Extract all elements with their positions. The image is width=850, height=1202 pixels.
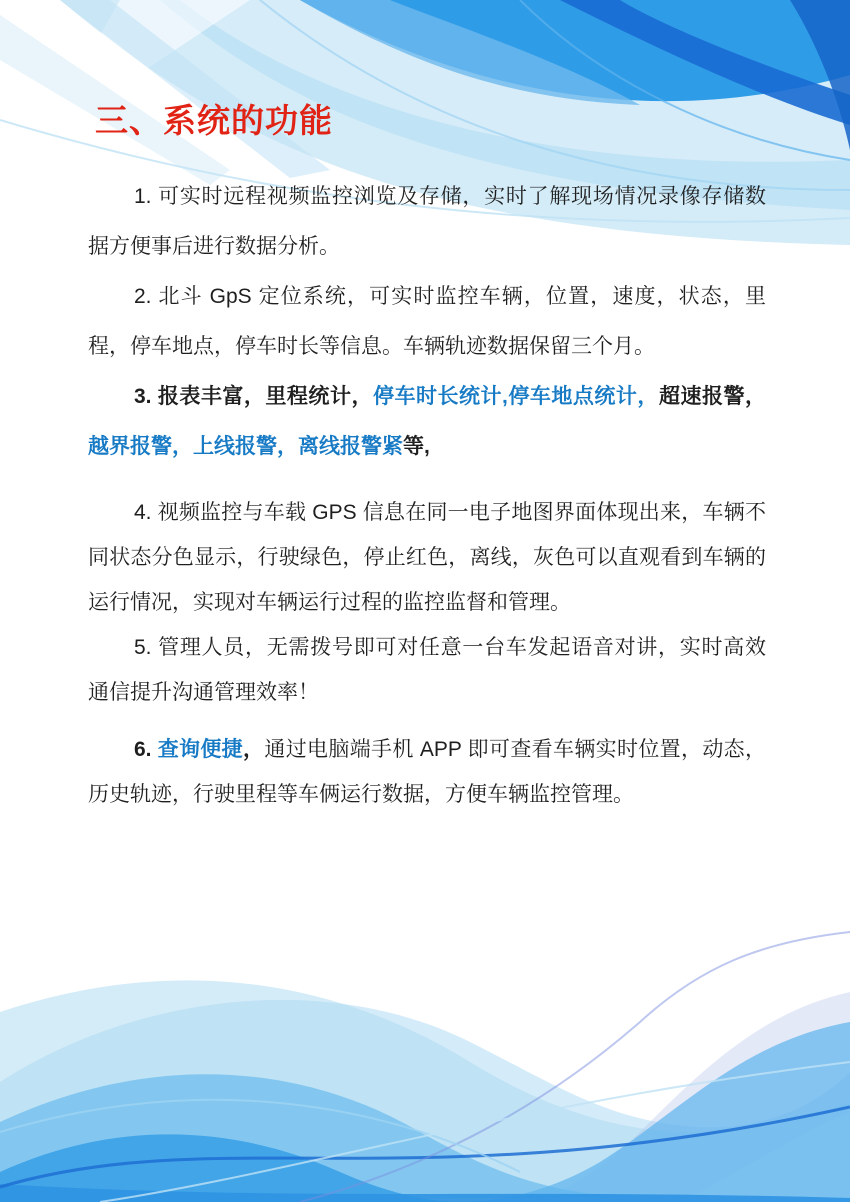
feature-item-1: 1. 可实时远程视频监控浏览及存储，实时了解现场情况录像存储数据方便事后进行数据… (88, 172, 766, 272)
feature-item-3: 3. 报表丰富，里程统计，停车时长统计,停车地点统计，超速报警，越界报警，上线报… (88, 372, 766, 472)
body-text: 2. 北斗 GpS 定位系统，可实时监控车辆，位置，速度，状态，里程，停车地点，… (88, 285, 766, 358)
feature-item-5: 5. 管理人员，无需拨号即可对任意一台车发起语音对讲，实时高效通信提升沟通管理效… (88, 625, 766, 715)
body-content: 1. 可实时远程视频监控浏览及存储，实时了解现场情况录像存储数据方便事后进行数据… (88, 172, 766, 817)
body-text: 等, (403, 435, 430, 458)
body-text: 6. (134, 738, 158, 761)
body-text: 4. 视频监控与车载 GPS 信息在同一电子地图界面体现出来，车辆不同状态分色显… (88, 501, 766, 614)
feature-item-4: 4. 视频监控与车载 GPS 信息在同一电子地图界面体现出来，车辆不同状态分色显… (88, 490, 766, 625)
bottom-wave-decoration (0, 872, 850, 1202)
highlight-text: 越界报警，上线报警，离线报警紧 (88, 435, 403, 458)
body-text: 3. 报表丰富，里程统计， (134, 385, 373, 408)
document-page: 三、系统的功能 1. 可实时远程视频监控浏览及存储，实时了解现场情况录像存储数据… (0, 0, 850, 1202)
highlight-text: 查询便捷 (158, 738, 243, 761)
body-text: 超速报警， (659, 385, 766, 408)
highlight-text: 停车时长统计,停车地点统计， (373, 385, 659, 408)
body-text: 5. 管理人员，无需拨号即可对任意一台车发起语音对讲，实时高效通信提升沟通管理效… (88, 636, 766, 704)
page-title: 三、系统的功能 (95, 101, 333, 141)
body-text: ， (243, 738, 264, 761)
feature-item-2: 2. 北斗 GpS 定位系统，可实时监控车辆，位置，速度，状态，里程，停车地点，… (88, 272, 766, 372)
feature-item-6: 6. 查询便捷，通过电脑端手机 APP 即可查看车辆实时位置，动态，历史轨迹，行… (88, 727, 766, 817)
body-text: 1. 可实时远程视频监控浏览及存储，实时了解现场情况录像存储数据方便事后进行数据… (88, 185, 766, 258)
